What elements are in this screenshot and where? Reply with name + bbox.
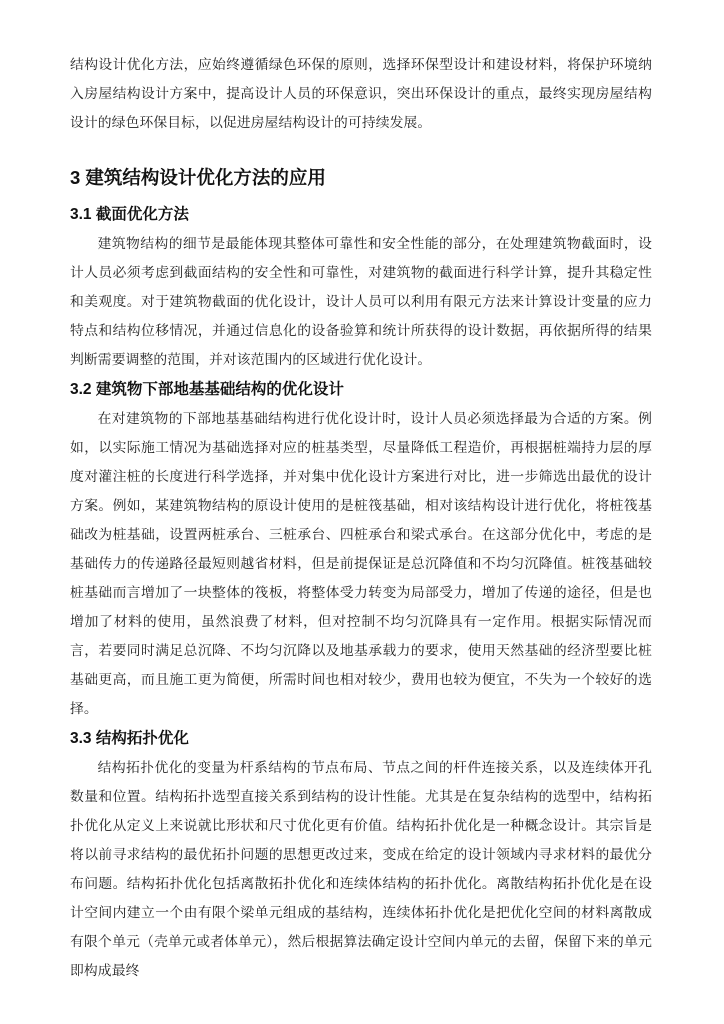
section-heading-3-3: 3.3 结构拓扑优化 [70, 727, 652, 751]
document-page: 结构设计优化方法，应始终遵循绿色环保的原则，选择环保型设计和建设材料，将保护环境… [0, 0, 724, 1024]
paragraph-continuation: 结构设计优化方法，应始终遵循绿色环保的原则，选择环保型设计和建设材料，将保护环境… [70, 50, 652, 137]
section-heading-3-1: 3.1 截面优化方法 [70, 203, 652, 227]
section-paragraph-3-2: 在对建筑物的下部地基基础结构进行优化设计时，设计人员必须选择最为合适的方案。例如… [70, 404, 652, 723]
section-paragraph-3-1: 建筑物结构的细节是最能体现其整体可靠性和安全性能的部分，在处理建筑物截面时，设计… [70, 229, 652, 374]
section-heading-3-2: 3.2 建筑物下部地基基础结构的优化设计 [70, 378, 652, 402]
section-paragraph-3-3: 结构拓扑优化的变量为杆系结构的节点布局、节点之间的杆件连接关系，以及连续体开孔数… [70, 753, 652, 985]
chapter-heading: 3 建筑结构设计优化方法的应用 [70, 163, 652, 193]
